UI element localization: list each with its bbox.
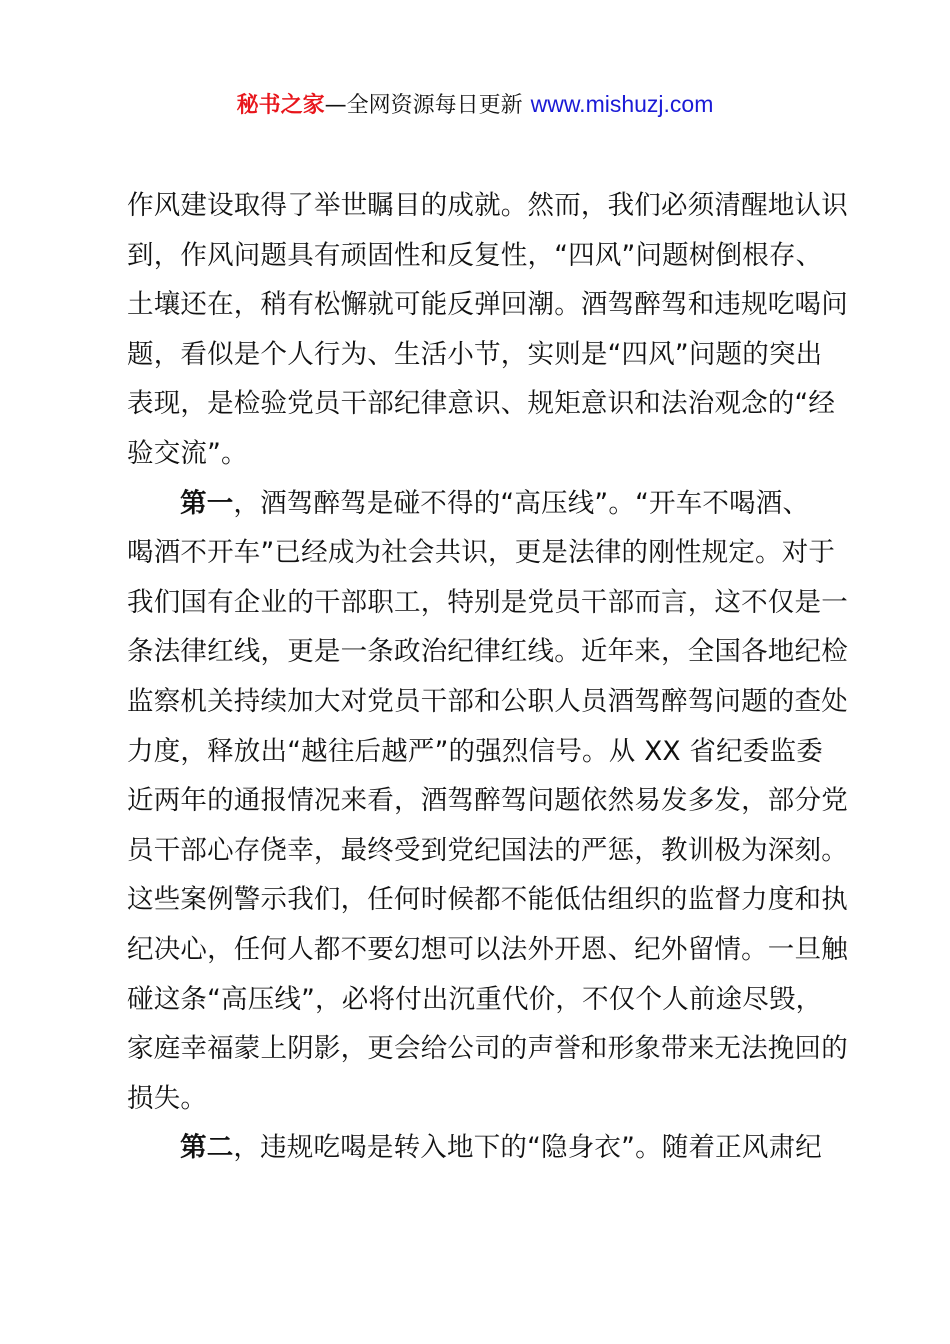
document-body: 作风建设取得了举世瞩目的成就。然而，我们必须清醒地认识 到，作风问题具有顽固性和… xyxy=(127,181,833,1173)
site-header: 秘书之家—全网资源每日更新www.mishuzj.com xyxy=(0,86,950,124)
text-line: 作风建设取得了举世瞩目的成就。然而，我们必须清醒地认识 xyxy=(127,181,833,231)
text-line: 验交流”。 xyxy=(127,429,833,479)
text-line: 表现，是检验党员干部纪律意识、规矩意识和法治观念的“经 xyxy=(127,379,833,429)
text-line: 员干部心存侥幸，最终受到党纪国法的严惩，教训极为深刻。 xyxy=(127,826,833,876)
text-line: 题，看似是个人行为、生活小节，实则是“四风”问题的突出 xyxy=(127,330,833,380)
text-line: 我们国有企业的干部职工，特别是党员干部而言，这不仅是一 xyxy=(127,578,833,628)
text-line: 到，作风问题具有顽固性和反复性，“四风”问题树倒根存、 xyxy=(127,231,833,281)
site-url-link[interactable]: www.mishuzj.com xyxy=(531,91,714,117)
text-line: 土壤还在，稍有松懈就可能反弹回潮。酒驾醉驾和违规吃喝问 xyxy=(127,280,833,330)
text-line: 力度，释放出“越往后越严”的强烈信号。从 XX 省纪委监委 xyxy=(127,727,833,777)
section-label-second: 第二 xyxy=(180,1132,233,1163)
text-line: 碰这条“高压线”，必将付出沉重代价，不仅个人前途尽毁， xyxy=(127,975,833,1025)
text-line: 近两年的通报情况来看，酒驾醉驾问题依然易发多发，部分党 xyxy=(127,776,833,826)
text-line: 纪决心，任何人都不要幻想可以法外开恩、纪外留情。一旦触 xyxy=(127,925,833,975)
paragraph-start-line: 第一，酒驾醉驾是碰不得的“高压线”。“开车不喝酒、 xyxy=(127,479,833,529)
text-line: 这些案例警示我们，任何时候都不能低估组织的监督力度和执 xyxy=(127,875,833,925)
section-label-first: 第一 xyxy=(180,488,233,519)
text-line: 家庭幸福蒙上阴影，更会给公司的声誉和形象带来无法挽回的 xyxy=(127,1024,833,1074)
text-line: 条法律红线，更是一条政治纪律红线。近年来，全国各地纪检 xyxy=(127,627,833,677)
text-line: 喝酒不开车”已经成为社会共识，更是法律的刚性规定。对于 xyxy=(127,528,833,578)
text-line: 损失。 xyxy=(127,1074,833,1124)
header-slogan: —全网资源每日更新 xyxy=(325,93,523,118)
paragraph-start-line: 第二，违规吃喝是转入地下的“隐身衣”。随着正风肃纪 xyxy=(127,1123,833,1173)
brand-name: 秘书之家 xyxy=(237,93,325,118)
text-line: 监察机关持续加大对党员干部和公职人员酒驾醉驾问题的查处 xyxy=(127,677,833,727)
